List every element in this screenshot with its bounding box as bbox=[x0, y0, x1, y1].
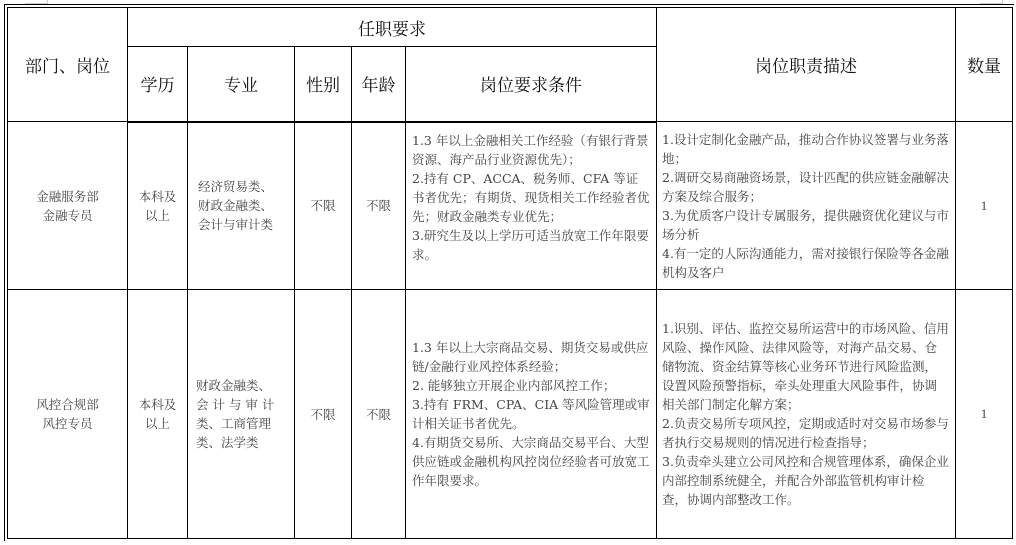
major-cell: 经济贸易类、 财政金融类、 会计与审计类 bbox=[188, 122, 295, 290]
duties-cell: 1.识别、评估、监控交易所运营中的市场风险、信用风险、操作风险、法律风险等，对海… bbox=[657, 290, 956, 539]
duty-item: 2.负责交易所专项风控，定期或适时对交易市场参与者执行交易规则的情况进行检查指导… bbox=[662, 414, 949, 452]
education-line: 以上 bbox=[128, 414, 187, 433]
age-cell: 不限 bbox=[352, 122, 406, 290]
condition-item: 1.3 年以上金融相关工作经验（有银行背景资源、海产品行业资源优先）； bbox=[412, 131, 650, 169]
header-quantity: 数量 bbox=[956, 8, 1013, 122]
major-line: 经济贸易类、 bbox=[198, 177, 288, 196]
conditions-cell: 1.3 年以上金融相关工作经验（有银行背景资源、海产品行业资源优先）； 2.持有… bbox=[406, 122, 657, 290]
gender-cell: 不限 bbox=[295, 122, 352, 290]
gender-cell: 不限 bbox=[295, 290, 352, 539]
duty-item: 3.为优质客户设计专属服务，提供融资优化建议与市场分析 bbox=[662, 206, 949, 244]
duty-item: 2.调研交易商融资场景，设计匹配的供应链金融解决方案及综合服务； bbox=[662, 168, 949, 206]
duty-item: 1.识别、评估、监控交易所运营中的市场风险、信用风险、操作风险、法律风险等，对海… bbox=[662, 319, 949, 414]
header-education: 学历 bbox=[128, 47, 188, 122]
education-cell: 本科及 以上 bbox=[128, 122, 188, 290]
conditions-cell: 1.3 年以上大宗商品交易、期货交易或供应链/金融行业风控体系经验； 2. 能够… bbox=[406, 290, 657, 539]
duties-cell: 1.设计定制化金融产品，推动合作协议签署与业务落地； 2.调研交易商融资场景，设… bbox=[657, 122, 956, 290]
condition-item: 2. 能够独立开展企业内部风控工作； bbox=[412, 376, 650, 395]
quantity-cell: 1 bbox=[956, 122, 1013, 290]
condition-item: 4.有期货交易所、大宗商品交易平台、大型供应链或金融机构风控岗位经验者可放宽工作… bbox=[412, 433, 650, 490]
duty-item: 1.设计定制化金融产品，推动合作协议签署与业务落地； bbox=[662, 130, 949, 168]
major-line: 类、工商管理 bbox=[196, 414, 288, 433]
duty-item: 4.有一定的人际沟通能力，需对接银行保险等各金融机构及客户 bbox=[662, 244, 949, 282]
major-line: 类、法学类 bbox=[196, 433, 288, 452]
header-major: 专业 bbox=[188, 47, 295, 122]
condition-item: 3.研究生及以上学历可适当放宽工作年限要求。 bbox=[412, 226, 650, 264]
age-cell: 不限 bbox=[352, 290, 406, 539]
dept-position-cell: 风控合规部 风控专员 bbox=[8, 290, 128, 539]
quantity-cell: 1 bbox=[956, 290, 1013, 539]
education-line: 以上 bbox=[128, 206, 187, 225]
education-line: 本科及 bbox=[128, 395, 187, 414]
duty-item: 3.负责牵头建立公司风控和合规管理体系，确保企业内部控制系统健全，并配合外部监管… bbox=[662, 452, 949, 509]
education-cell: 本科及 以上 bbox=[128, 290, 188, 539]
position-name: 金融专员 bbox=[8, 206, 127, 225]
major-cell: 财政金融类、 会 计 与 审 计 类、工商管理 类、法学类 bbox=[188, 290, 295, 539]
condition-item: 3.持有 FRM、CPA、CIA 等风险管理或审计相关证书者优先。 bbox=[412, 395, 650, 433]
table-row: 金融服务部 金融专员 本科及 以上 经济贸易类、 财政金融类、 会计与审计类 不… bbox=[8, 122, 1013, 290]
department-name: 风控合规部 bbox=[8, 395, 127, 414]
dept-position-cell: 金融服务部 金融专员 bbox=[8, 122, 128, 290]
header-age: 年龄 bbox=[352, 47, 406, 122]
major-line: 会 计 与 审 计 bbox=[196, 395, 288, 414]
major-line: 会计与审计类 bbox=[198, 215, 288, 234]
major-line: 财政金融类、 bbox=[196, 376, 288, 395]
header-duties: 岗位职责描述 bbox=[657, 8, 956, 122]
job-requirements-table: 部门、岗位 任职要求 岗位职责描述 数量 学历 专业 性别 年龄 岗位要求条件 … bbox=[7, 7, 1013, 539]
department-name: 金融服务部 bbox=[8, 187, 127, 206]
header-conditions: 岗位要求条件 bbox=[406, 47, 657, 122]
table-row: 风控合规部 风控专员 本科及 以上 财政金融类、 会 计 与 审 计 类、工商管… bbox=[8, 290, 1013, 539]
header-gender: 性别 bbox=[295, 47, 352, 122]
major-line: 财政金融类、 bbox=[198, 196, 288, 215]
position-name: 风控专员 bbox=[8, 414, 127, 433]
condition-item: 1.3 年以上大宗商品交易、期货交易或供应链/金融行业风控体系经验； bbox=[412, 338, 650, 376]
education-line: 本科及 bbox=[128, 187, 187, 206]
header-requirements-group: 任职要求 bbox=[128, 8, 657, 47]
header-dept-position: 部门、岗位 bbox=[8, 8, 128, 122]
condition-item: 2.持有 CP、ACCA、税务师、CFA 等证书者优先；有期货、现货相关工作经验… bbox=[412, 169, 650, 226]
